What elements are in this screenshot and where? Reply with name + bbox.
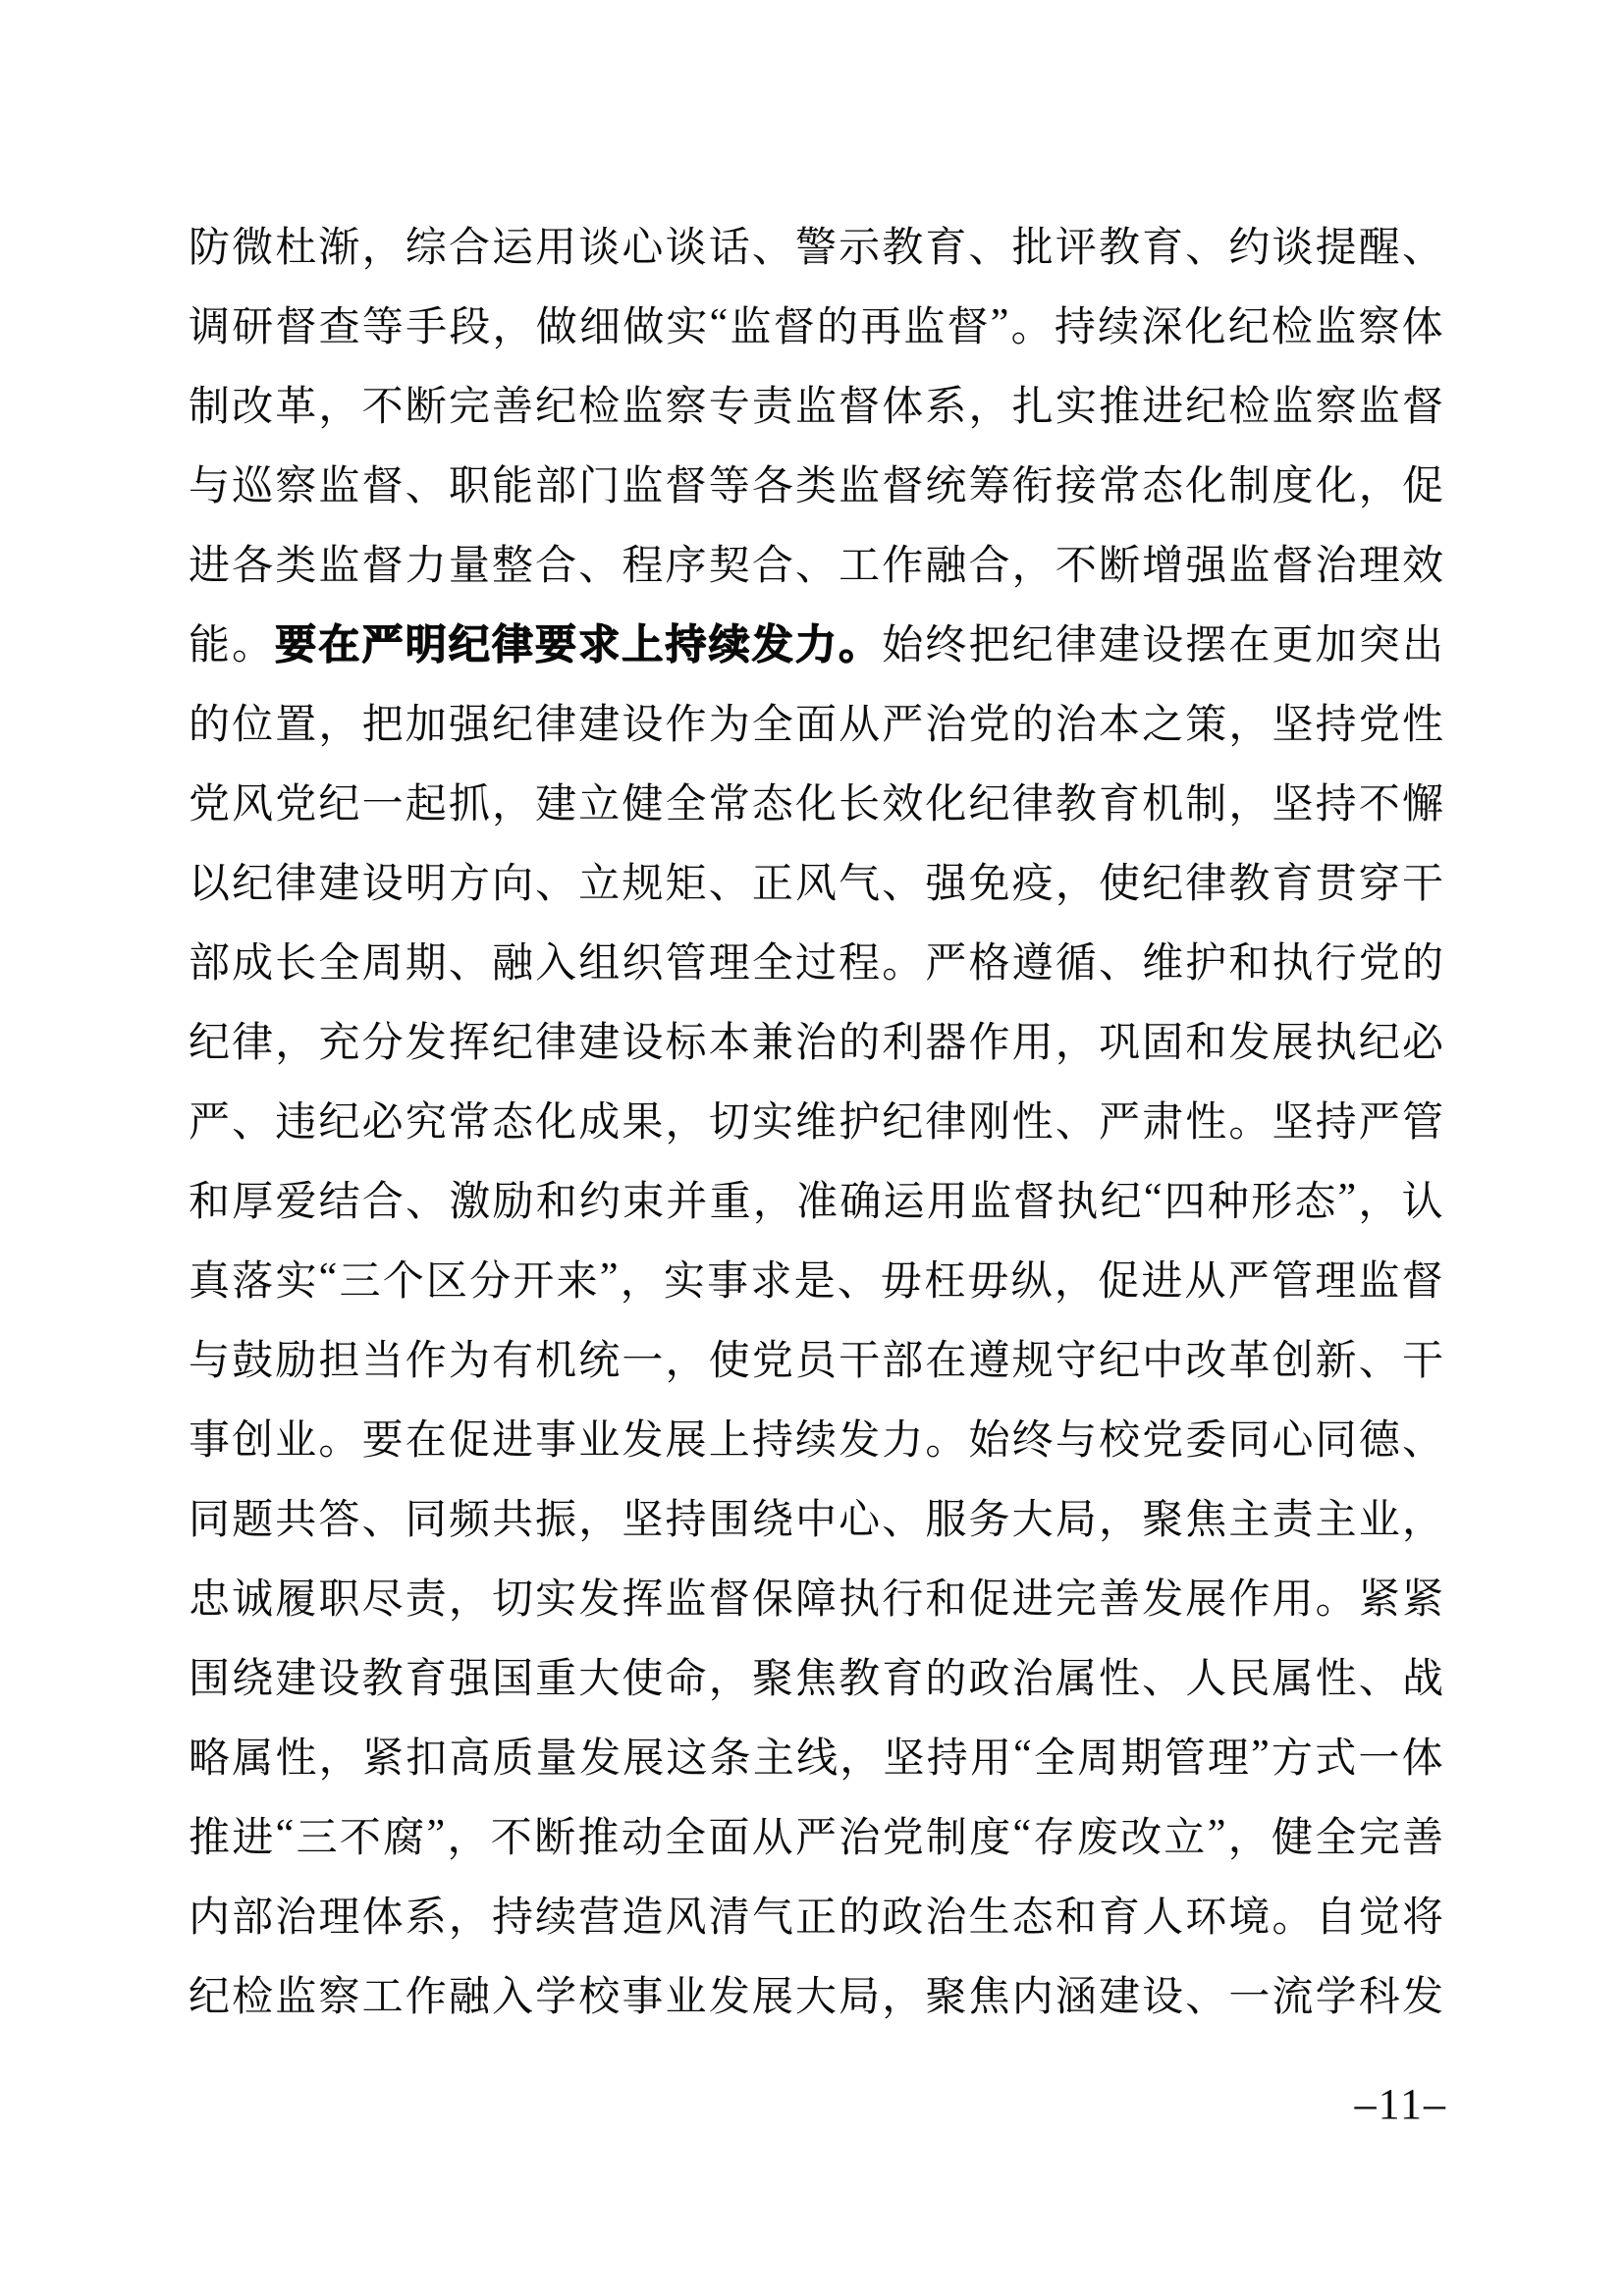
text-line: 忠诚履职尽责，切实发挥监督保障执行和促进完善发展作用。紧紧 [189,1556,1443,1635]
text-line: 以纪律建设明方向、立规矩、正风气、强免疫，使纪律教育贯穿干 [189,840,1443,920]
text-line: 和厚爱结合、激励和约束并重，准确运用监督执纪“四种形态”，认 [189,1158,1443,1238]
text-line: 真落实“三个区分开来”，实事求是、毋枉毋纵，促进从严管理监督 [189,1238,1443,1317]
text-line: 与巡察监督、职能部门监督等各类监督统筹衔接常态化制度化，促 [189,443,1443,522]
document-page: 防微杜渐，综合运用谈心谈话、警示教育、批评教育、约谈提醒、调研督查等手段，做细做… [0,0,1624,2296]
text-line: 略属性，紧扣高质量发展这条主线，坚持用“全周期管理”方式一体 [189,1715,1443,1794]
text-line: 与鼓励担当作为有机统一，使党员干部在遵规守纪中改革创新、干 [189,1317,1443,1397]
text-line: 部成长全周期、融入组织管理全过程。严格遵循、维护和执行党的 [189,920,1443,999]
text-line: 推进“三不腐”，不断推动全面从严治党制度“存废改立”，健全完善 [189,1794,1443,1874]
text-line: 党风党纪一起抓，建立健全常态化长效化纪律教育机制，坚持不懈 [189,761,1443,840]
body-text: 防微杜渐，综合运用谈心谈话、警示教育、批评教育、约谈提醒、调研督查等手段，做细做… [189,204,1443,2033]
page-number: –11– [1355,2079,1447,2129]
text-line: 纪律，充分发挥纪律建设标本兼治的利器作用，巩固和发展执纪必 [189,999,1443,1079]
text-line: 的位置，把加强纪律建设作为全面从严治党的治本之策，坚持党性 [189,681,1443,761]
text-line: 防微杜渐，综合运用谈心谈话、警示教育、批评教育、约谈提醒、 [189,204,1443,284]
text-line: 制改革，不断完善纪检监察专责监督体系，扎实推进纪检监察监督 [189,363,1443,443]
text-line: 事创业。要在促进事业发展上持续发力。始终与校党委同心同德、 [189,1397,1443,1476]
text-line: 能。要在严明纪律要求上持续发力。始终把纪律建设摆在更加突出 [189,602,1443,681]
text-line: 同题共答、同频共振，坚持围绕中心、服务大局，聚焦主责主业， [189,1476,1443,1556]
text-line: 围绕建设教育强国重大使命，聚焦教育的政治属性、人民属性、战 [189,1635,1443,1715]
text-line: 进各类监督力量整合、程序契合、工作融合，不断增强监督治理效 [189,522,1443,602]
text-line: 纪检监察工作融入学校事业发展大局，聚焦内涵建设、一流学科发 [189,1953,1443,2033]
text-line: 内部治理体系，持续营造风清气正的政治生态和育人环境。自觉将 [189,1874,1443,1953]
text-line: 严、违纪必究常态化成果，切实维护纪律刚性、严肃性。坚持严管 [189,1079,1443,1158]
text-line: 调研督查等手段，做细做实“监督的再监督”。持续深化纪检监察体 [189,284,1443,363]
